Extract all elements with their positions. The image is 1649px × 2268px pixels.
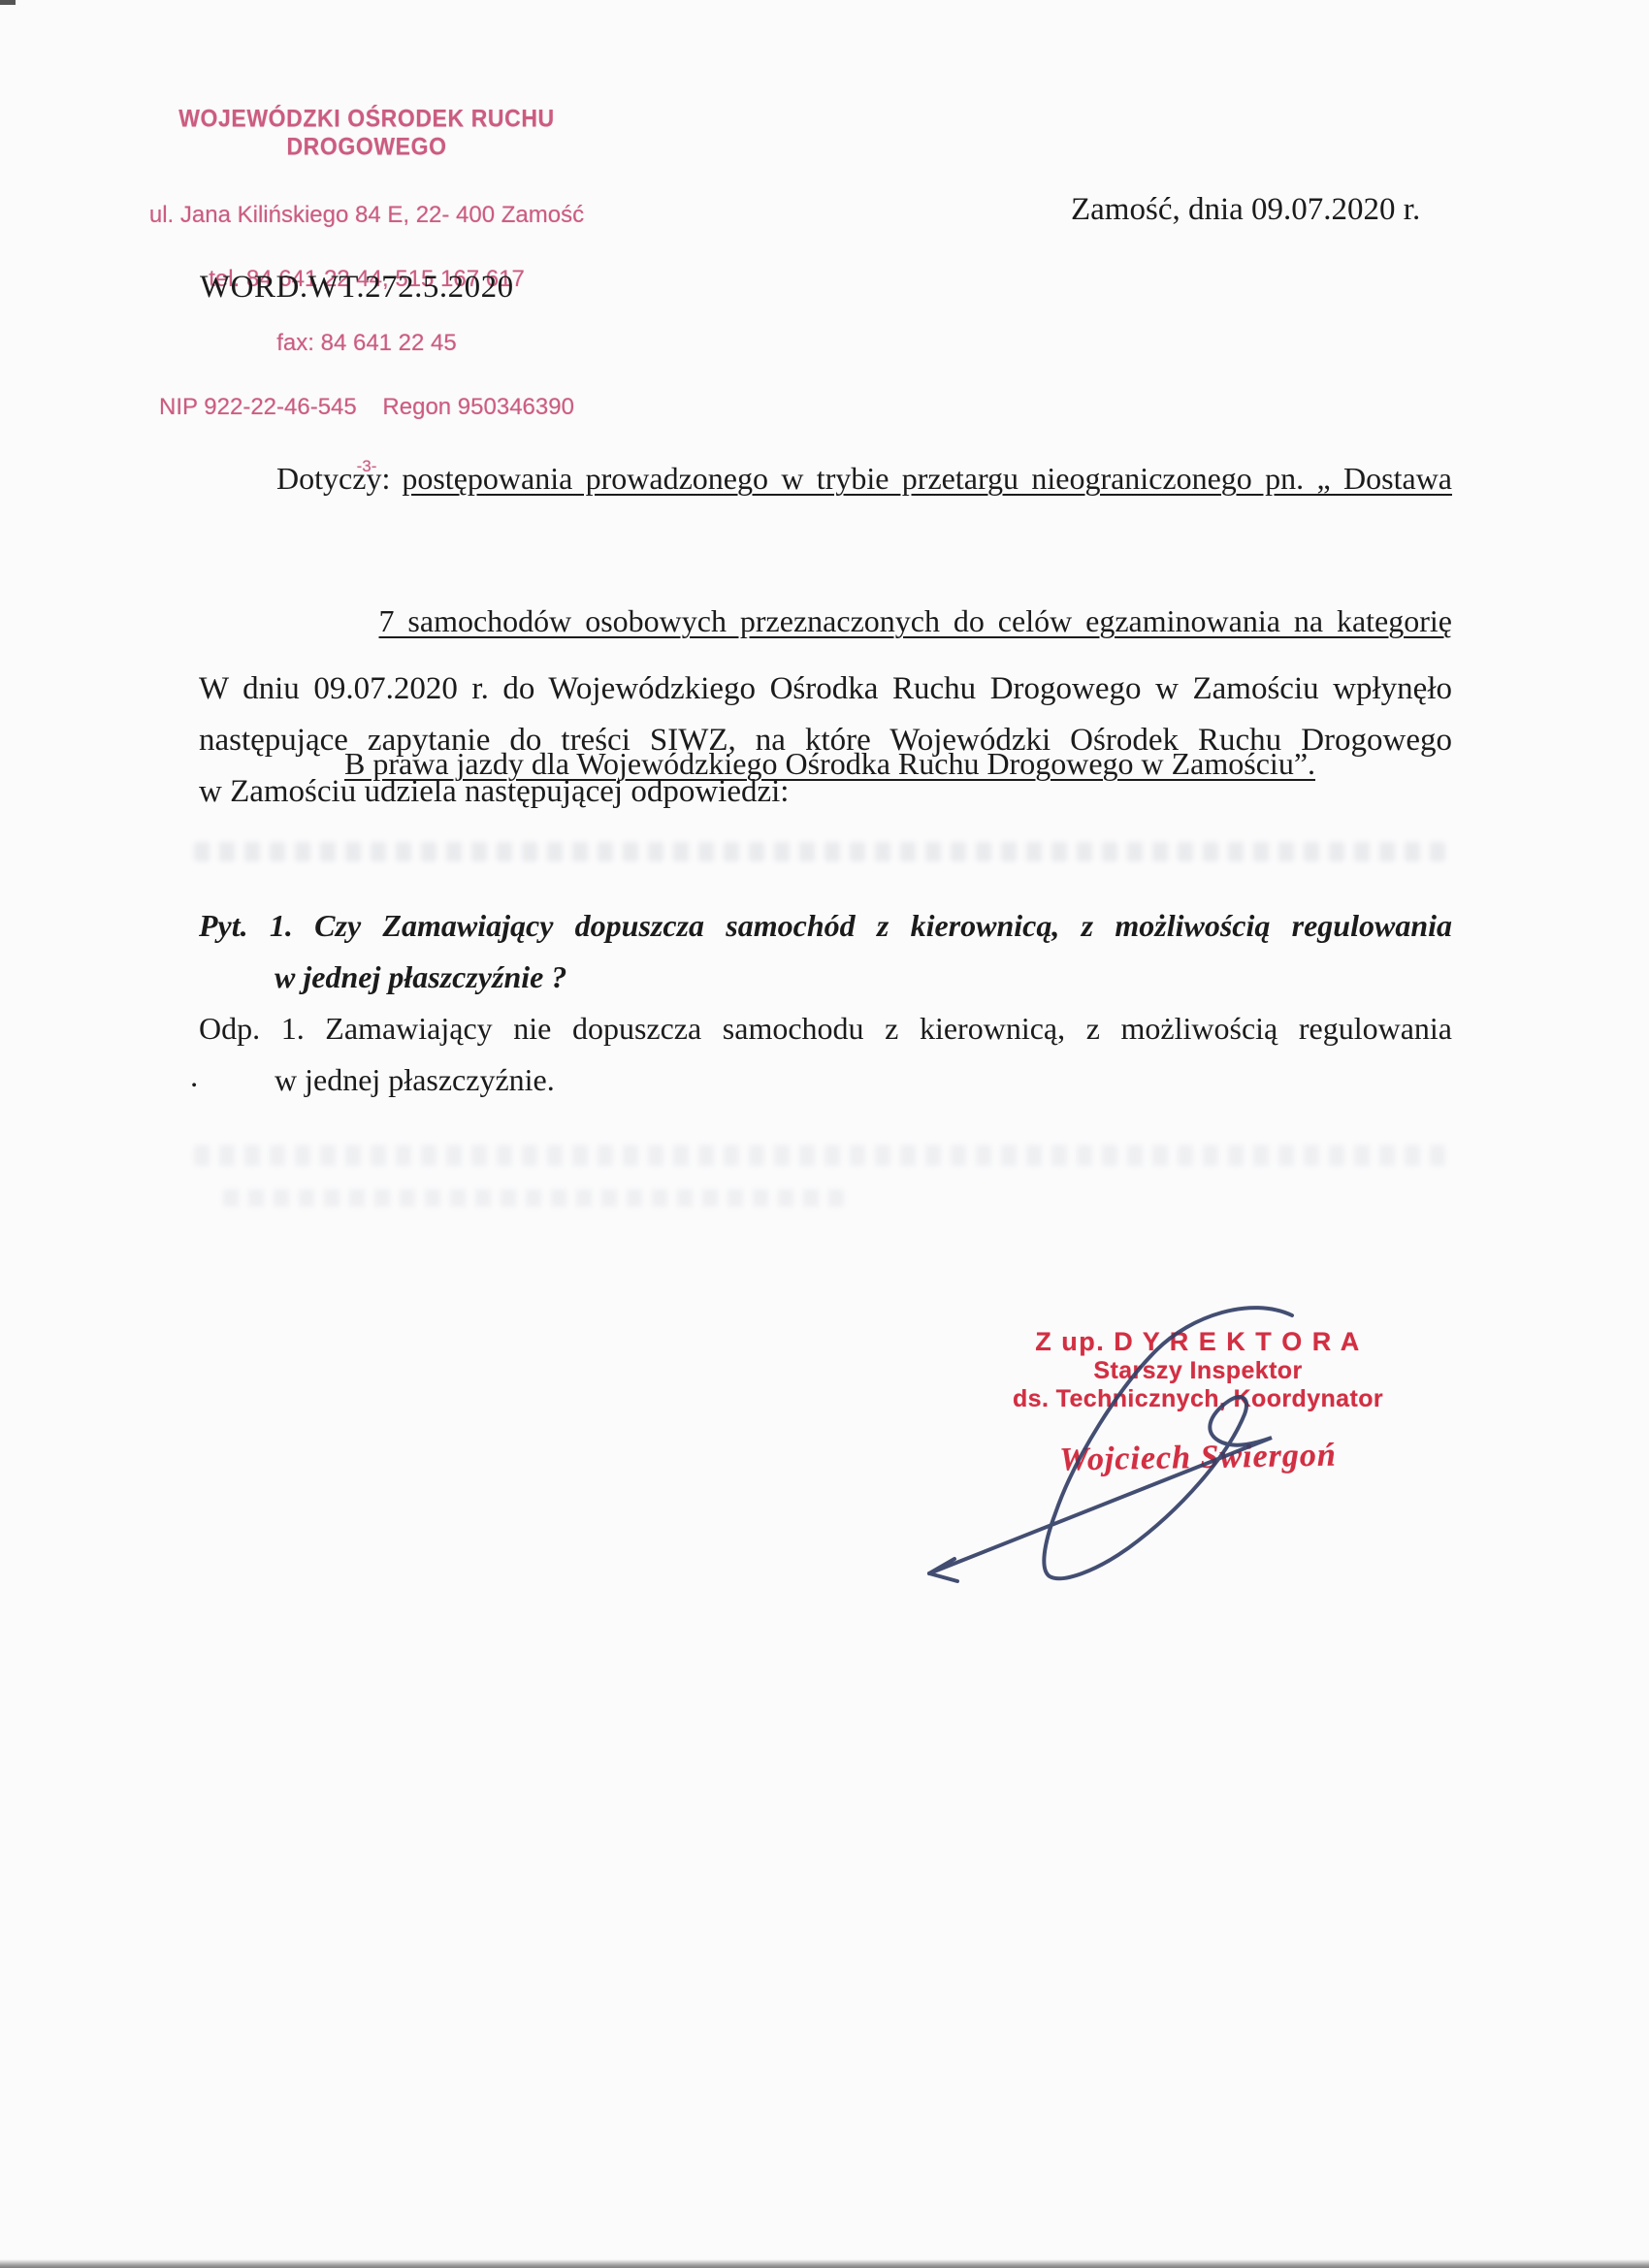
letter-date: Zamość, dnia 09.07.2020 r.: [1071, 192, 1420, 228]
org-fax: fax: 84 641 22 45: [134, 329, 599, 358]
body-line-2: następujące zapytanie do treści SIWZ, na…: [199, 715, 1452, 766]
org-name: WOJEWÓDZKI OŚRODEK RUCHU DROGOWEGO: [134, 105, 599, 161]
question-line-1: Pyt. 1. Czy Zamawiający dopuszcza samoch…: [199, 900, 1452, 952]
ghost-text-artifact: [194, 1145, 1455, 1166]
body-line-1: W dniu 09.07.2020 r. do Wojewódzkiego Oś…: [199, 664, 1452, 715]
org-address: ul. Jana Kilińskiego 84 E, 22- 400 Zamoś…: [134, 201, 599, 230]
answer-line-2: w jednej płaszczyźnie.: [199, 1054, 1452, 1106]
letter-reference: WORD.WT.272.5.2020: [200, 270, 514, 306]
question-line-2: w jednej płaszczyźnie ?: [199, 952, 1452, 1003]
handwritten-signature: [902, 1300, 1455, 1620]
scan-corner-artifact: [0, 0, 16, 5]
answer-line-1: Odp. 1. Zamawiający nie dopuszcza samoch…: [199, 1003, 1452, 1054]
ghost-text-artifact: [194, 842, 1450, 861]
stray-period: .: [190, 1059, 198, 1095]
ghost-text-artifact: [223, 1189, 844, 1207]
subject-line-1: Dotyczy:postępowania prowadzonego w tryb…: [199, 407, 1452, 550]
scanned-letter-page: WOJEWÓDZKI OŚRODEK RUCHU DROGOWEGO ul. J…: [0, 0, 1649, 2268]
scan-bottom-edge: [0, 2259, 1649, 2268]
body-line-3: w Zamościu udziela następującej odpowied…: [199, 766, 1452, 818]
body-paragraph: W dniu 09.07.2020 r. do Wojewódzkiego Oś…: [199, 664, 1452, 818]
qa-block: Pyt. 1. Czy Zamawiający dopuszcza samoch…: [199, 900, 1452, 1106]
subject-text-1: postępowania prowadzonego w trybie przet…: [402, 461, 1452, 496]
subject-label: Dotyczy:: [276, 461, 390, 496]
subject-text-2: 7 samochodów osobowych przeznaczonych do…: [379, 603, 1453, 638]
